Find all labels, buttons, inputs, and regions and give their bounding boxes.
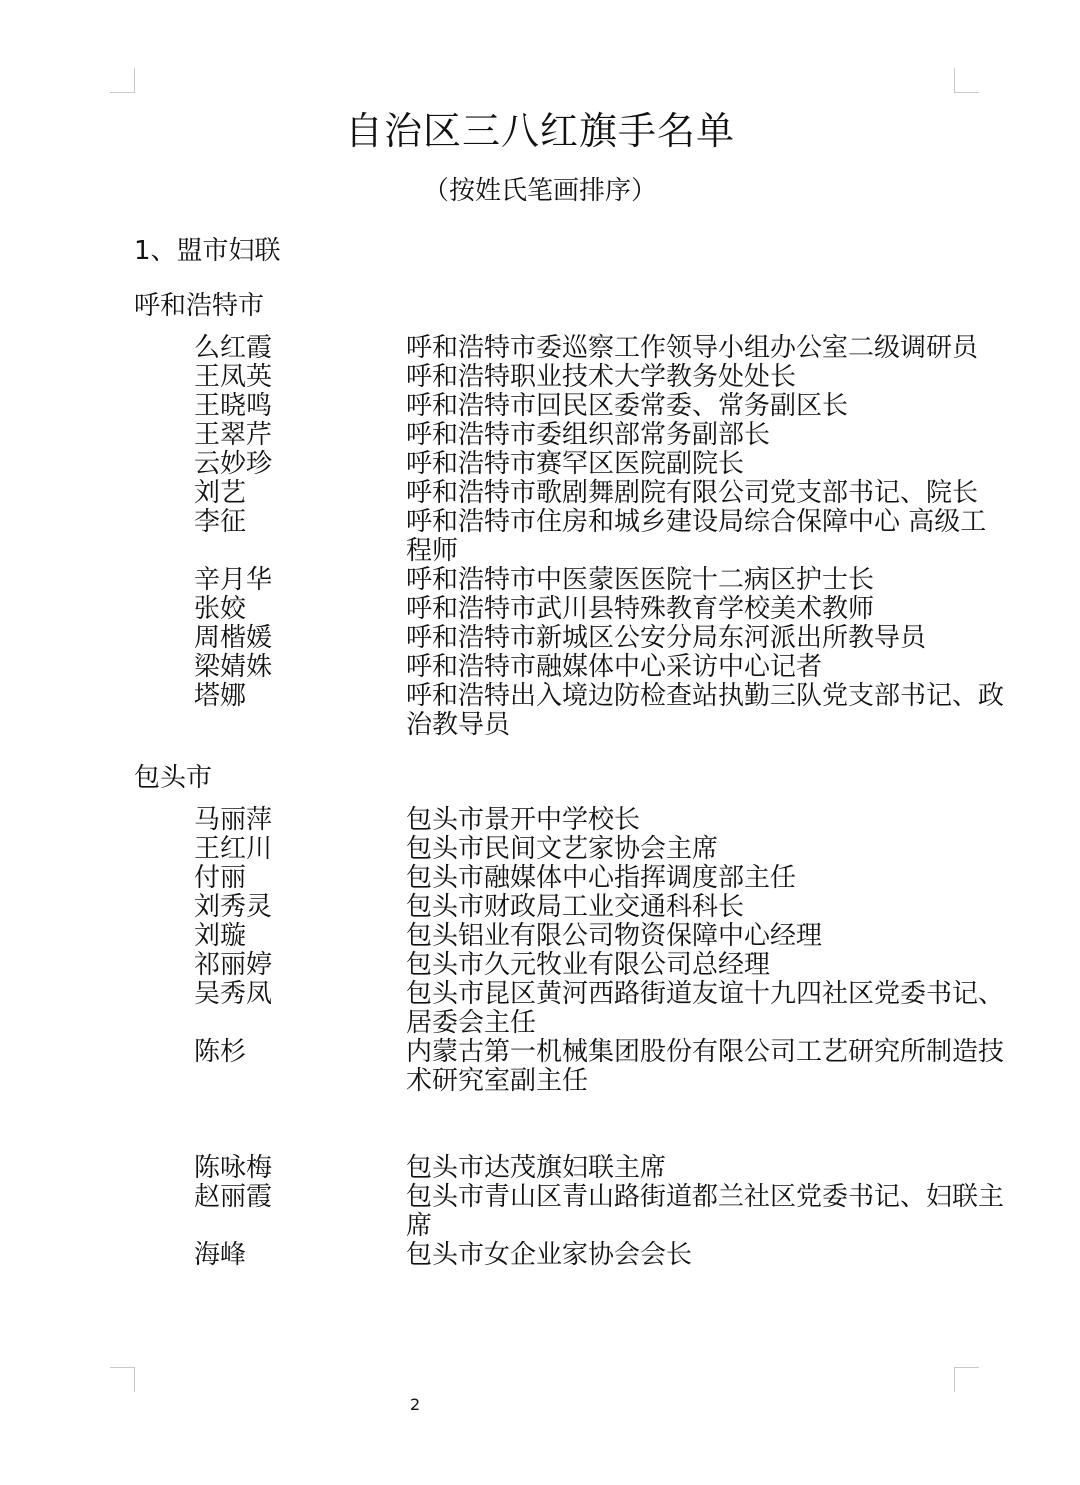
person-title: 包头市女企业家协会会长	[406, 1241, 1012, 1270]
person-title: 包头市青山区青山路街道都兰社区党委书记、妇联主席	[406, 1183, 1012, 1241]
person-name: 么红霞	[134, 334, 406, 363]
page-number: 2	[410, 1395, 420, 1414]
person-name: 刘秀灵	[134, 893, 406, 922]
list-item: 陈杉内蒙古第一机械集团股份有限公司工艺研究所制造技术研究室副主任	[134, 1038, 1014, 1096]
person-name: 云妙珍	[134, 450, 406, 479]
person-name: 塔娜	[134, 682, 406, 740]
list-item: 吴秀凤包头市昆区黄河西路街道友谊十九四社区党委书记、居委会主任	[134, 980, 1014, 1038]
person-title: 呼和浩特市武川县特殊教育学校美术教师	[406, 595, 1012, 624]
list-item: 王凤英呼和浩特职业技术大学教务处处长	[134, 363, 1014, 392]
person-name: 刘璇	[134, 922, 406, 951]
person-name: 海峰	[134, 1241, 406, 1270]
list-item: 塔娜呼和浩特出入境边防检查站执勤三队党支部书记、政治教导员	[134, 682, 1014, 740]
person-name: 辛月华	[134, 566, 406, 595]
list-item: 云妙珍呼和浩特市赛罕区医院副院长	[134, 450, 1014, 479]
list-item: 王红川包头市民间文艺家协会主席	[134, 835, 1014, 864]
person-name: 马丽萍	[134, 806, 406, 835]
person-title: 包头市昆区黄河西路街道友谊十九四社区党委书记、居委会主任	[406, 980, 1012, 1038]
person-title: 包头市财政局工业交通科科长	[406, 893, 1012, 922]
document-title: 自治区三八红旗手名单	[0, 100, 1080, 155]
list-item: 海峰包头市女企业家协会会长	[134, 1241, 1014, 1270]
person-name: 王晓鸣	[134, 392, 406, 421]
person-name: 李征	[134, 508, 406, 566]
person-title: 呼和浩特市住房和城乡建设局综合保障中心 高级工程师	[406, 508, 1012, 566]
list-item: 赵丽霞包头市青山区青山路街道都兰社区党委书记、妇联主席	[134, 1183, 1014, 1241]
person-name: 梁婧姝	[134, 653, 406, 682]
document-subtitle: （按姓氏笔画排序）	[0, 170, 1080, 207]
honoree-list: 呼和浩特市 么红霞呼和浩特市委巡察工作领导小组办公室二级调研员 王凤英呼和浩特职…	[134, 290, 1014, 1270]
person-name: 王凤英	[134, 363, 406, 392]
person-title: 包头市融媒体中心指挥调度部主任	[406, 864, 1012, 893]
list-item: 辛月华呼和浩特市中医蒙医医院十二病区护士长	[134, 566, 1014, 595]
person-title: 呼和浩特市赛罕区医院副院长	[406, 450, 1012, 479]
list-item: 刘秀灵包头市财政局工业交通科科长	[134, 893, 1014, 922]
section-heading: 1、盟市妇联	[134, 230, 281, 267]
person-name: 陈咏梅	[134, 1154, 406, 1183]
list-item: 马丽萍包头市景开中学校长	[134, 806, 1014, 835]
list-item: 付丽包头市融媒体中心指挥调度部主任	[134, 864, 1014, 893]
person-title: 包头市民间文艺家协会主席	[406, 835, 1012, 864]
person-title: 呼和浩特市歌剧舞剧院有限公司党支部书记、院长	[406, 479, 1012, 508]
list-item: 王翠芹呼和浩特市委组织部常务副部长	[134, 421, 1014, 450]
list-item: 陈咏梅包头市达茂旗妇联主席	[134, 1154, 1014, 1183]
person-title: 呼和浩特市融媒体中心采访中心记者	[406, 653, 1012, 682]
person-name: 刘艺	[134, 479, 406, 508]
city-heading: 呼和浩特市	[134, 290, 1014, 322]
person-title: 包头铝业有限公司物资保障中心经理	[406, 922, 1012, 951]
person-title: 呼和浩特市委巡察工作领导小组办公室二级调研员	[406, 334, 1012, 363]
list-item: 张姣呼和浩特市武川县特殊教育学校美术教师	[134, 595, 1014, 624]
person-title: 内蒙古第一机械集团股份有限公司工艺研究所制造技术研究室副主任	[406, 1038, 1012, 1096]
person-title: 呼和浩特出入境边防检查站执勤三队党支部书记、政治教导员	[406, 682, 1012, 740]
list-item: 王晓鸣呼和浩特市回民区委常委、常务副区长	[134, 392, 1014, 421]
person-title: 呼和浩特市中医蒙医医院十二病区护士长	[406, 566, 1012, 595]
person-name: 吴秀凤	[134, 980, 406, 1038]
person-name: 付丽	[134, 864, 406, 893]
person-name: 陈杉	[134, 1038, 406, 1096]
crop-mark-bottom-right	[954, 1367, 979, 1392]
crop-mark-top-left	[110, 68, 135, 93]
person-title: 包头市达茂旗妇联主席	[406, 1154, 1012, 1183]
crop-mark-top-right	[954, 68, 979, 93]
crop-mark-bottom-left	[110, 1367, 135, 1392]
person-title: 呼和浩特市新城区公安分局东河派出所教导员	[406, 624, 1012, 653]
person-name: 王红川	[134, 835, 406, 864]
person-name: 祁丽婷	[134, 951, 406, 980]
person-name: 张姣	[134, 595, 406, 624]
person-title: 包头市久元牧业有限公司总经理	[406, 951, 1012, 980]
list-item: 李征呼和浩特市住房和城乡建设局综合保障中心 高级工程师	[134, 508, 1014, 566]
person-name: 周楷媛	[134, 624, 406, 653]
list-item: 祁丽婷包头市久元牧业有限公司总经理	[134, 951, 1014, 980]
list-item: 梁婧姝呼和浩特市融媒体中心采访中心记者	[134, 653, 1014, 682]
person-title: 包头市景开中学校长	[406, 806, 1012, 835]
list-item: 么红霞呼和浩特市委巡察工作领导小组办公室二级调研员	[134, 334, 1014, 363]
person-title: 呼和浩特市回民区委常委、常务副区长	[406, 392, 1012, 421]
person-name: 赵丽霞	[134, 1183, 406, 1241]
list-item: 刘璇包头铝业有限公司物资保障中心经理	[134, 922, 1014, 951]
city-heading: 包头市	[134, 762, 1014, 794]
person-name: 王翠芹	[134, 421, 406, 450]
person-title: 呼和浩特市委组织部常务副部长	[406, 421, 1012, 450]
list-item: 刘艺呼和浩特市歌剧舞剧院有限公司党支部书记、院长	[134, 479, 1014, 508]
list-item: 周楷媛呼和浩特市新城区公安分局东河派出所教导员	[134, 624, 1014, 653]
person-title: 呼和浩特职业技术大学教务处处长	[406, 363, 1012, 392]
